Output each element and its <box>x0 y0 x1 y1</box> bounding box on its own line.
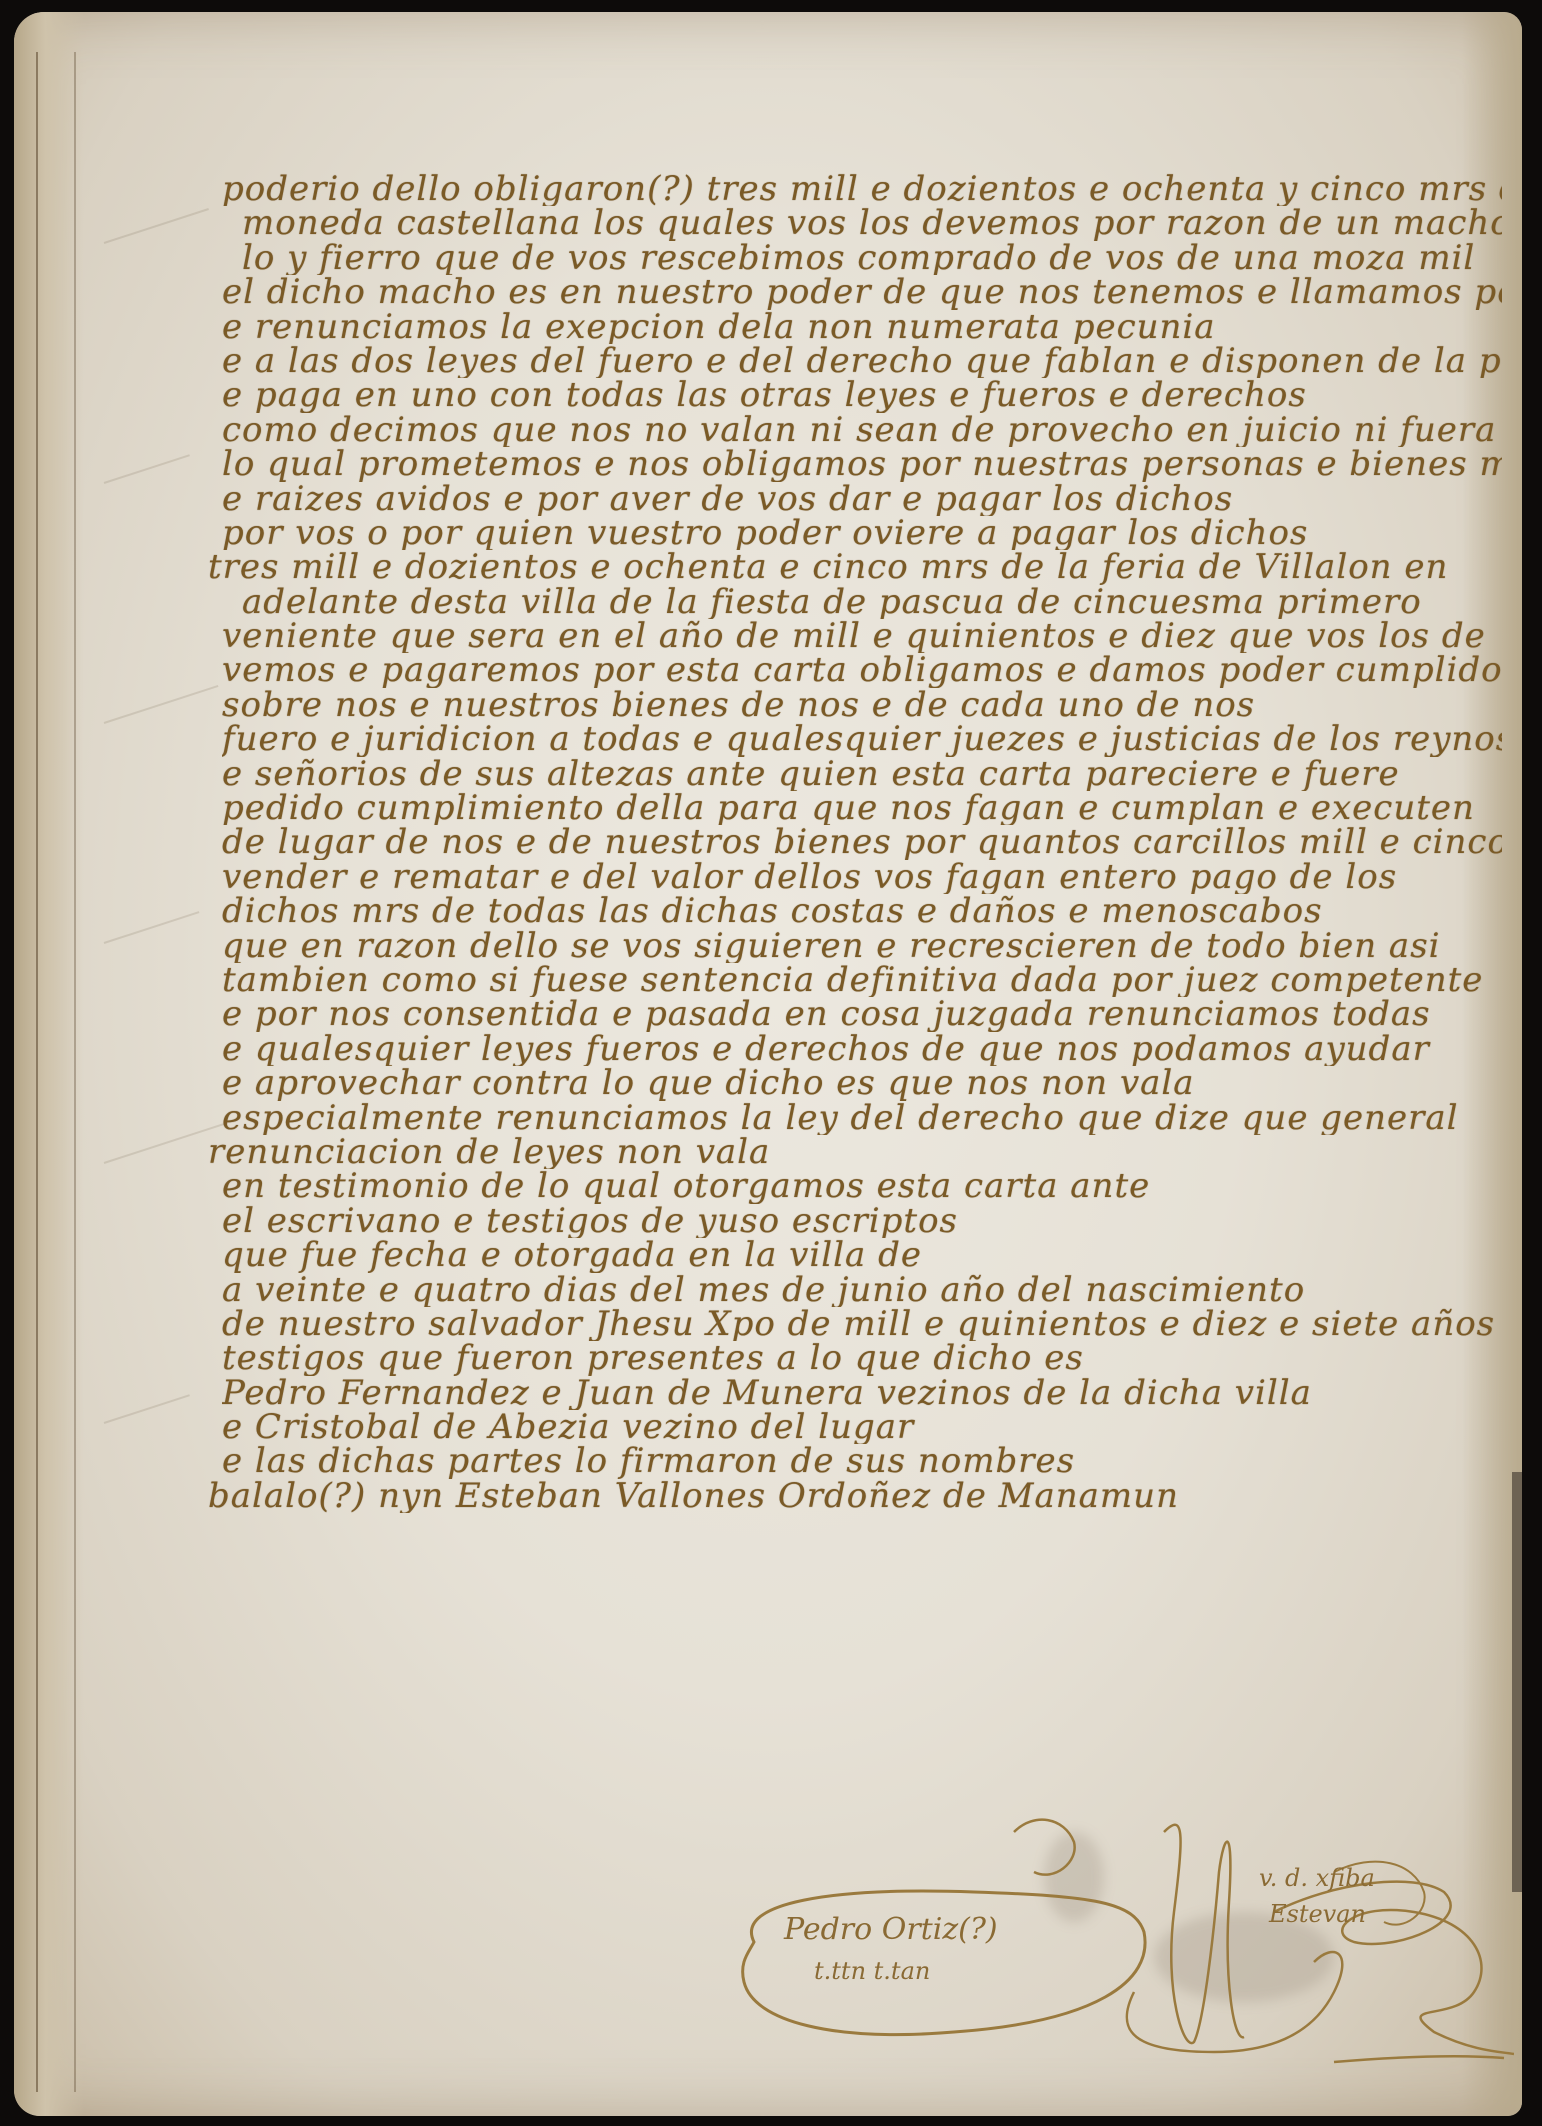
manuscript-line: e Cristobal de Abezia vezino del lugar <box>222 1410 1502 1444</box>
manuscript-line: el escrivano e testigos de yuso escripto… <box>222 1204 1502 1238</box>
manuscript-closing-line: balalo(?) nyn Esteban Vallones Ordoñez d… <box>208 1479 1502 1513</box>
manuscript-body: poderio dello obligaron(?) tres mill e d… <box>222 172 1502 1513</box>
manuscript-line: e por nos consentida e pasada en cosa ju… <box>222 997 1502 1031</box>
manuscript-line: vender e rematar e del valor dellos vos … <box>222 860 1502 894</box>
manuscript-line: por vos o por quien vuestro poder oviere… <box>222 516 1502 550</box>
manuscript-line: especialmente renunciamos la ley del der… <box>222 1101 1502 1135</box>
manuscript-line: adelante desta villa de la fiesta de pas… <box>222 585 1502 619</box>
manuscript-line: en testimonio de lo qual otorgamos esta … <box>222 1169 1502 1203</box>
manuscript-line: e señorios de sus altezas ante quien est… <box>222 757 1502 791</box>
right-signature-line-1: v. d. xfiba <box>1259 1864 1375 1892</box>
manuscript-line: de lugar de nos e de nuestros bienes por… <box>222 825 1502 859</box>
oval-signature-name: Pedro Ortiz(?) <box>784 1912 998 1947</box>
manuscript-line: e aprovechar contra lo que dicho es que … <box>222 1066 1502 1100</box>
signature-area: Pedro Ortiz(?) t.ttn t.tan v. d. xfiba E… <box>714 1792 1514 2092</box>
manuscript-line: fuero e juridicion a todas e qualesquier… <box>222 722 1502 756</box>
manuscript-line: pedido cumplimiento della para que nos f… <box>222 791 1502 825</box>
manuscript-line: vemos e pagaremos por esta carta obligam… <box>222 653 1502 687</box>
manuscript-line: poderio dello obligaron(?) tres mill e d… <box>222 172 1502 206</box>
manuscript-line: e raizes avidos e por aver de vos dar e … <box>222 482 1502 516</box>
right-signature-line-2: Estevan <box>1269 1900 1366 1928</box>
manuscript-line: Pedro Fernandez e Juan de Munera vezinos… <box>222 1376 1502 1410</box>
manuscript-line: veniente que sera en el año de mill e qu… <box>222 619 1502 653</box>
manuscript-scan: poderio dello obligaron(?) tres mill e d… <box>0 0 1542 2126</box>
manuscript-line: como decimos que nos no valan ni sean de… <box>222 413 1502 447</box>
manuscript-line: que fue fecha e otorgada en la villa de <box>222 1238 1502 1272</box>
manuscript-line: testigos que fueron presentes a lo que d… <box>222 1341 1502 1375</box>
manuscript-line: e a las dos leyes del fuero e del derech… <box>222 344 1502 378</box>
manuscript-line: lo y fierro que de vos rescebimos compra… <box>222 241 1502 275</box>
manuscript-line: renunciacion de leyes non vala <box>208 1135 1502 1169</box>
manuscript-line: e paga en uno con todas las otras leyes … <box>222 378 1502 412</box>
manuscript-line: lo qual prometemos e nos obligamos por n… <box>222 447 1502 481</box>
manuscript-line: e las dichas partes lo firmaron de sus n… <box>222 1444 1502 1478</box>
manuscript-line: e renunciamos la exepcion dela non numer… <box>222 310 1502 344</box>
manuscript-line: a veinte e quatro dias del mes de junio … <box>222 1273 1502 1307</box>
manuscript-line: dichos mrs de todas las dichas costas e … <box>222 894 1502 928</box>
manuscript-line: moneda castellana los quales vos los dev… <box>222 206 1502 240</box>
manuscript-line: e qualesquier leyes fueros e derechos de… <box>222 1032 1502 1066</box>
oval-signature-subline: t.ttn t.tan <box>814 1957 930 1985</box>
manuscript-line: el dicho macho es en nuestro poder de qu… <box>222 275 1502 309</box>
manuscript-line: de nuestro salvador Jhesu Xpo de mill e … <box>222 1307 1502 1341</box>
manuscript-page: poderio dello obligaron(?) tres mill e d… <box>14 12 1522 2116</box>
manuscript-line: sobre nos e nuestros bienes de nos e de … <box>222 688 1502 722</box>
manuscript-line: tambien como si fuese sentencia definiti… <box>222 963 1502 997</box>
manuscript-line: tres mill e dozientos e ochenta e cinco … <box>208 550 1502 584</box>
manuscript-line: que en razon dello se vos siguieren e re… <box>222 929 1502 963</box>
binding-edge <box>36 52 76 2092</box>
